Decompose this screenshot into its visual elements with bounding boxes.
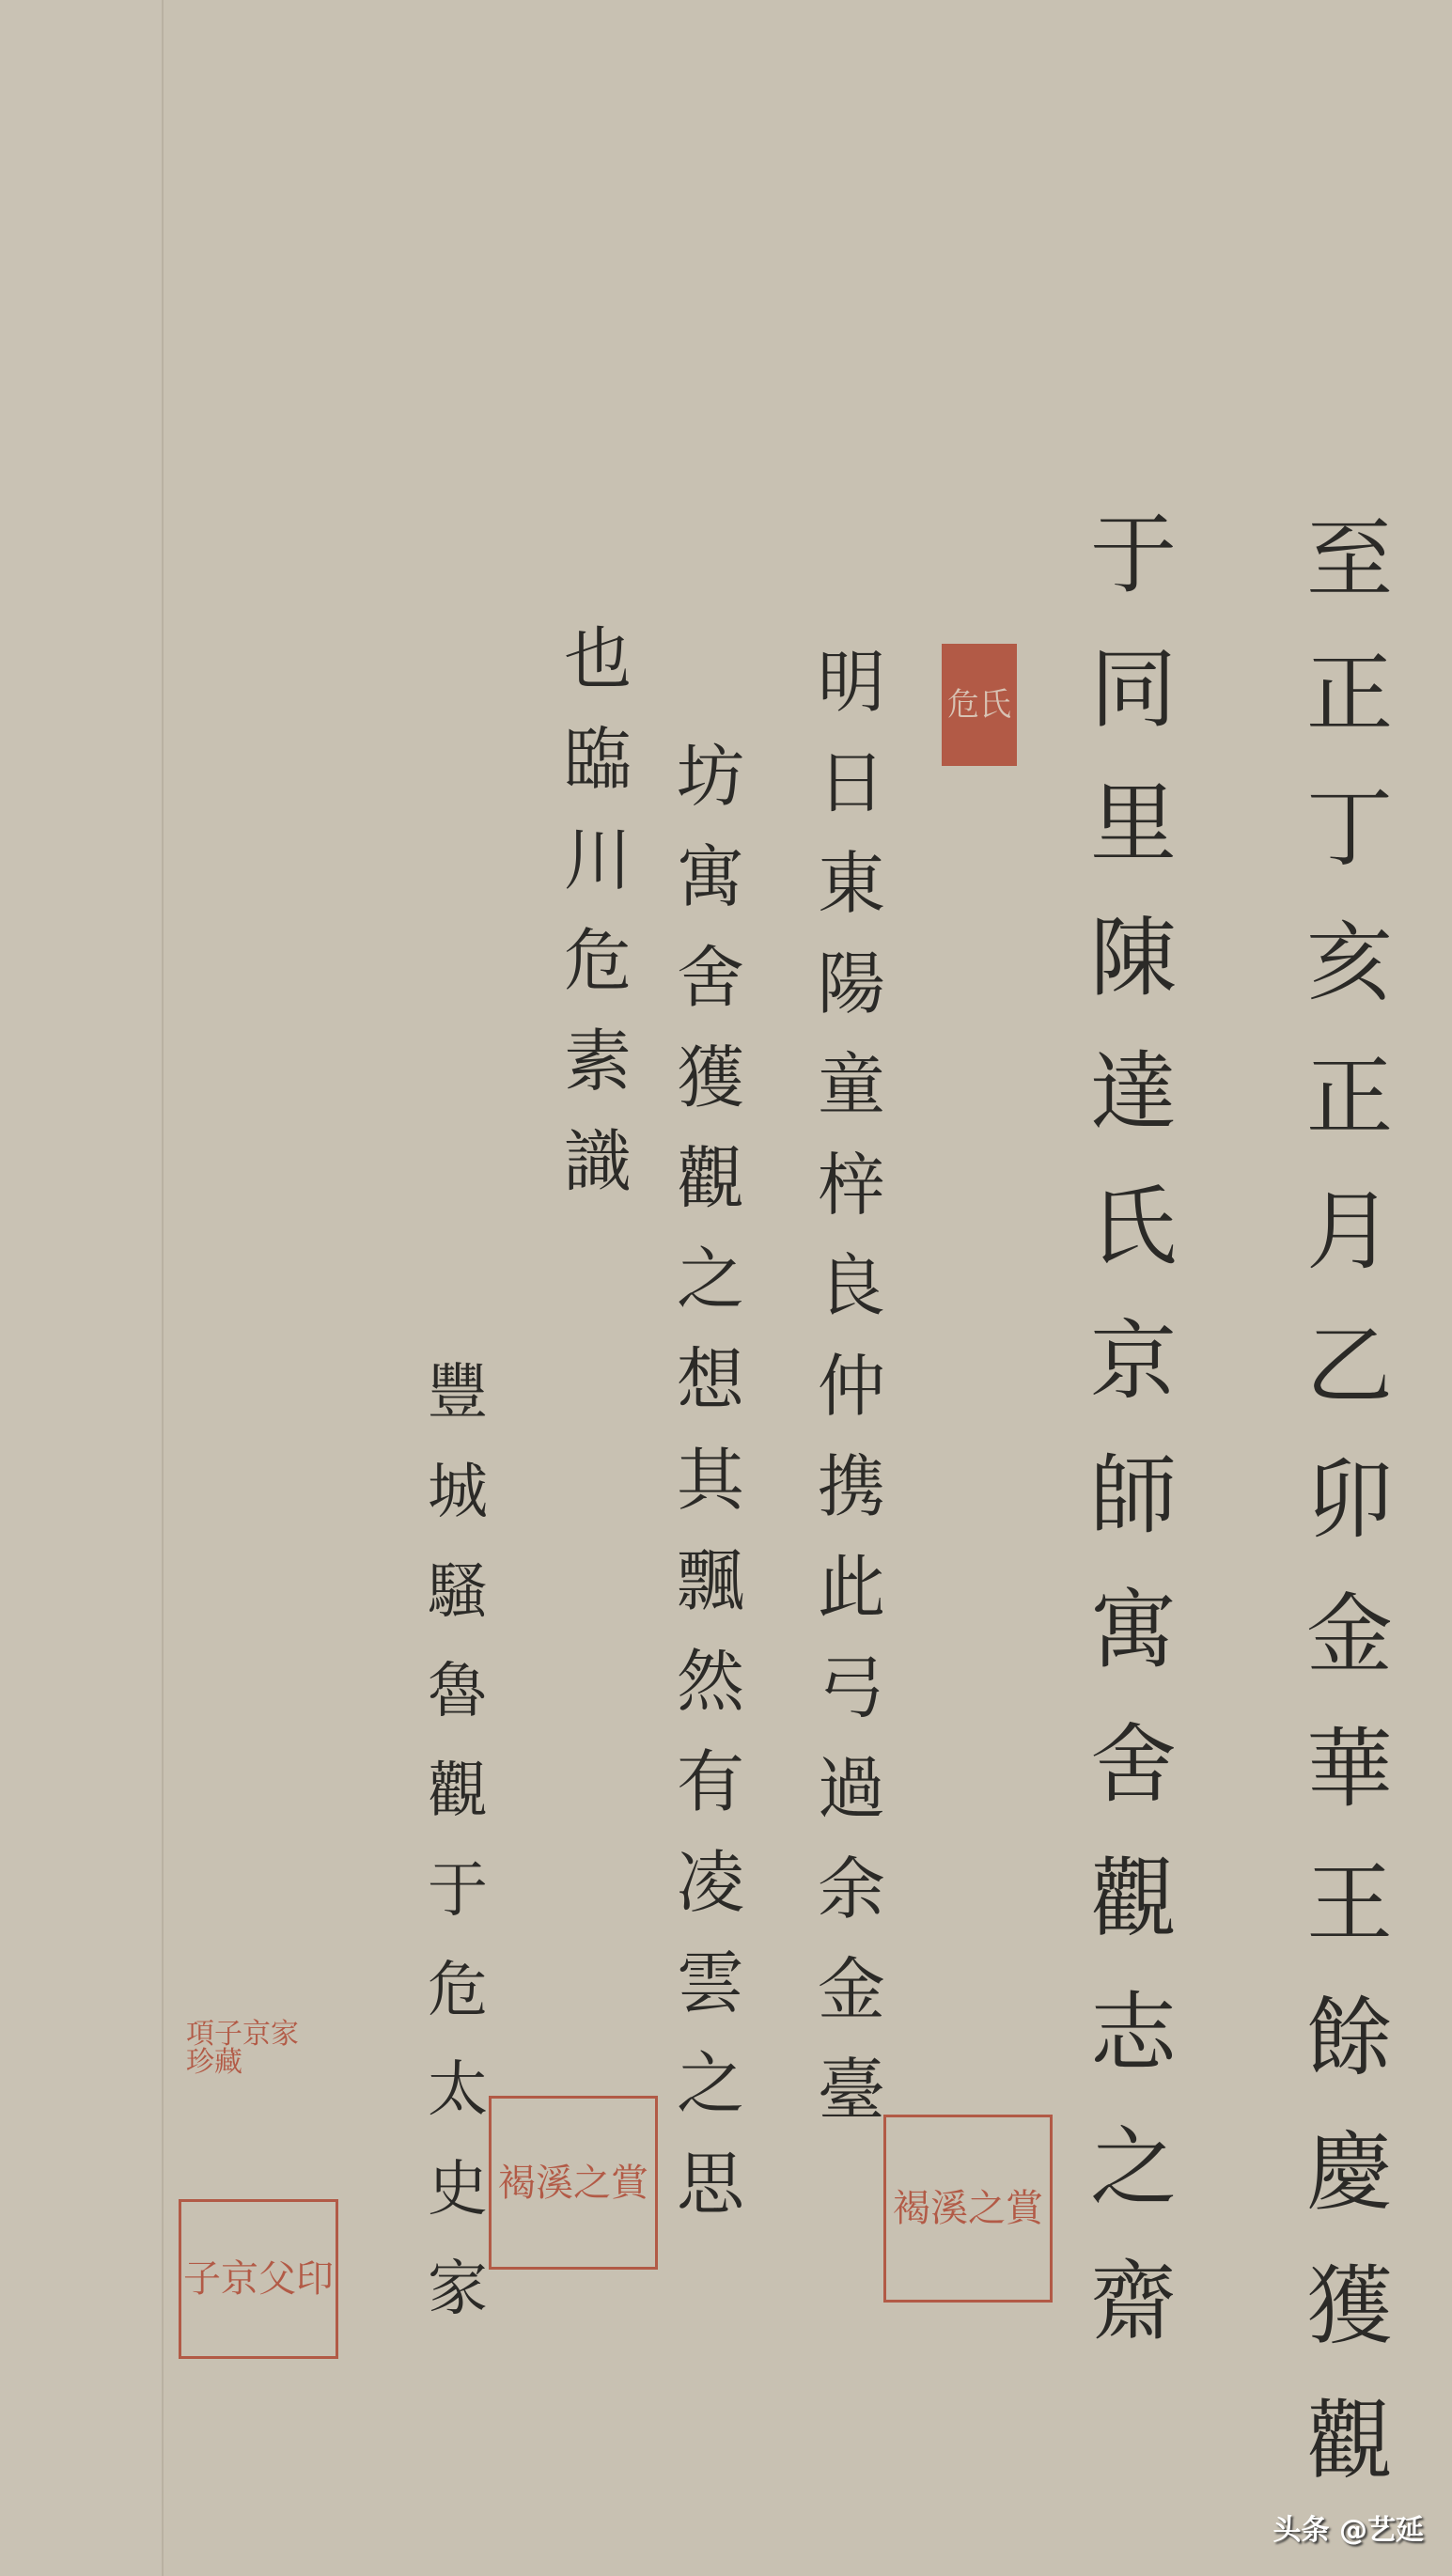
calligraphy-character: 太 — [428, 2060, 488, 2160]
main-inscription-col-2: 于同里陳達氏京師寓舍觀志之齋 — [1090, 512, 1177, 2394]
calligraphy-character: 思 — [677, 2150, 744, 2251]
calligraphy-character: 月 — [1306, 1189, 1393, 1323]
seal-hexi-1: 褐溪之賞 — [489, 2096, 658, 2270]
calligraphy-character: 其 — [677, 1446, 744, 1547]
calligraphy-character: 京 — [1090, 1319, 1177, 1453]
seal-hexi-2: 褐溪之賞 — [883, 2115, 1053, 2303]
calligraphy-character: 丁 — [1306, 786, 1393, 920]
second-inscription-col-1: 明日東陽童梓良仲携此弓過余金臺 — [818, 648, 885, 2157]
calligraphy-character: 華 — [1306, 1726, 1393, 1861]
seal-zijing-fu: 子京父印 — [179, 2199, 338, 2359]
second-inscription-col-2: 坊寓舍獲觀之想其飄然有凌雲之思 — [677, 742, 744, 2251]
calligraphy-character: 携 — [818, 1453, 885, 1553]
calligraphy-character: 梓 — [818, 1151, 885, 1252]
calligraphy-character: 達 — [1090, 1050, 1177, 1184]
calligraphy-character: 同 — [1090, 647, 1177, 781]
calligraphy-character: 雲 — [677, 1949, 744, 2050]
calligraphy-character: 仲 — [818, 1352, 885, 1453]
second-inscription-col-3: 也臨川危素識 — [564, 625, 632, 1228]
calligraphy-character: 于 — [1090, 512, 1177, 647]
calligraphy-character: 乙 — [1306, 1323, 1393, 1458]
calligraphy-character: 金 — [818, 1956, 885, 2056]
calligraphy-character: 王 — [1306, 1861, 1393, 1995]
third-inscription-col: 豐城騷魯觀于危太史家 — [428, 1363, 488, 2359]
calligraphy-character: 正 — [1306, 1054, 1393, 1189]
calligraphy-character: 獲 — [1306, 2264, 1393, 2398]
calligraphy-character: 魯 — [428, 1662, 488, 1761]
calligraphy-character: 餘 — [1306, 1995, 1393, 2130]
calligraphy-character: 獲 — [677, 1044, 744, 1145]
calligraphy-character: 里 — [1090, 781, 1177, 915]
calligraphy-character: 之 — [677, 2050, 744, 2150]
calligraphy-character: 卯 — [1306, 1458, 1393, 1592]
calligraphy-character: 凌 — [677, 1849, 744, 1949]
calligraphy-character: 識 — [564, 1128, 632, 1228]
calligraphy-character: 弓 — [818, 1654, 885, 1755]
calligraphy-character: 童 — [818, 1051, 885, 1151]
calligraphy-character: 寓 — [1090, 1587, 1177, 1722]
calligraphy-character: 氏 — [1090, 1184, 1177, 1319]
calligraphy-character: 亥 — [1306, 920, 1393, 1054]
main-inscription-col-1: 至正丁亥正月乙卯金華王餘慶獲觀 — [1306, 517, 1393, 2533]
calligraphy-character: 舍 — [677, 944, 744, 1044]
calligraphy-character: 川 — [564, 826, 632, 927]
silk-paper — [164, 0, 1452, 2576]
calligraphy-character: 陽 — [818, 950, 885, 1051]
calligraphy-character: 城 — [428, 1462, 488, 1562]
calligraphy-character: 寓 — [677, 843, 744, 944]
calligraphy-character: 也 — [564, 625, 632, 726]
seal-wei: 危氏 — [942, 644, 1017, 766]
watermark: 头条 @艺延 — [1273, 2506, 1424, 2548]
calligraphy-character: 坊 — [677, 742, 744, 843]
calligraphy-character: 此 — [818, 1553, 885, 1654]
calligraphy-character: 觀 — [1090, 1856, 1177, 1991]
calligraphy-character: 想 — [677, 1346, 744, 1446]
calligraphy-character: 陳 — [1090, 915, 1177, 1050]
calligraphy-character: 危 — [428, 1960, 488, 2060]
calligraphy-character: 臨 — [564, 726, 632, 826]
calligraphy-character: 日 — [818, 749, 885, 850]
calligraphy-character: 觀 — [428, 1761, 488, 1861]
calligraphy-character: 之 — [1090, 2125, 1177, 2259]
calligraphy-character: 于 — [428, 1861, 488, 1960]
calligraphy-character: 騷 — [428, 1562, 488, 1662]
calligraphy-character: 舍 — [1090, 1722, 1177, 1856]
calligraphy-character: 東 — [818, 850, 885, 950]
calligraphy-character: 慶 — [1306, 2130, 1393, 2264]
calligraphy-character: 之 — [677, 1245, 744, 1346]
calligraphy-character: 觀 — [677, 1145, 744, 1245]
calligraphy-character: 危 — [564, 927, 632, 1027]
calligraphy-character: 過 — [818, 1755, 885, 1855]
calligraphy-character: 家 — [428, 2259, 488, 2359]
calligraphy-character: 正 — [1306, 651, 1393, 786]
calligraphy-character: 齋 — [1090, 2259, 1177, 2394]
scroll-mount — [0, 0, 162, 2576]
calligraphy-character: 史 — [428, 2160, 488, 2259]
calligraphy-character: 飄 — [677, 1547, 744, 1647]
calligraphy-character: 志 — [1090, 1991, 1177, 2125]
calligraphy-character: 師 — [1090, 1453, 1177, 1587]
calligraphy-character: 豐 — [428, 1363, 488, 1462]
calligraphy-character: 至 — [1306, 517, 1393, 651]
calligraphy-character: 臺 — [818, 2056, 885, 2157]
calligraphy-character: 明 — [818, 648, 885, 749]
calligraphy-character: 素 — [564, 1027, 632, 1128]
calligraphy-character: 有 — [677, 1748, 744, 1849]
calligraphy-character: 然 — [677, 1647, 744, 1748]
seal-xiang-zijing: 項子京家珍藏 — [183, 1978, 315, 2119]
calligraphy-character: 良 — [818, 1252, 885, 1352]
calligraphy-character: 余 — [818, 1855, 885, 1956]
calligraphy-character: 金 — [1306, 1592, 1393, 1726]
